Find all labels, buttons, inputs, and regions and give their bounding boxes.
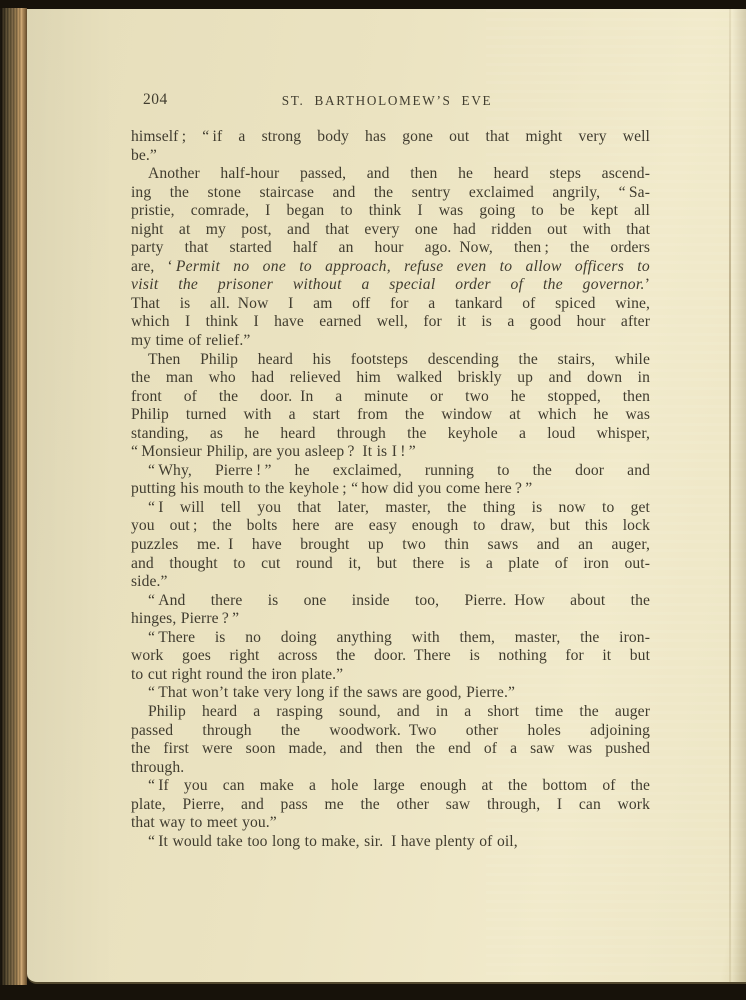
text-line: which I think I have earned well, for it… bbox=[131, 313, 650, 332]
text-line: party that started half an hour ago. Now… bbox=[131, 239, 650, 258]
text-line: “ It would take too long to make, sir. I… bbox=[131, 833, 650, 852]
text-line: “ There is no doing anything with them, … bbox=[131, 629, 650, 648]
paragraph: “ Why, Pierre ! ” he exclaimed, running … bbox=[131, 462, 650, 499]
text-segment: “ That won’t take very long if the saws … bbox=[148, 684, 515, 701]
text-segment: putting his mouth to the keyhole ; “ how… bbox=[131, 480, 532, 497]
text-segment: front of the door. In a minute or two he… bbox=[131, 388, 650, 405]
text-segment: be.” bbox=[131, 147, 157, 164]
text-line: standing, as he heard through the keyhol… bbox=[131, 425, 650, 444]
text-segment: standing, as he heard through the keyhol… bbox=[131, 425, 650, 442]
text-line: “ And there is one inside too, Pierre. H… bbox=[131, 592, 650, 611]
text-line: be.” bbox=[131, 147, 650, 166]
text-segment: hinges, Pierre ? ” bbox=[131, 610, 239, 627]
paragraph: Another half-hour passed, and then he he… bbox=[131, 165, 650, 350]
text-segment: work goes right across the door. There i… bbox=[131, 647, 650, 664]
text-line: side.” bbox=[131, 573, 650, 592]
text-segment: party that started half an hour ago. Now… bbox=[131, 239, 650, 256]
paragraph: himself ; “ if a strong body has gone ou… bbox=[131, 128, 650, 165]
paragraph: Then Philip heard his footsteps descendi… bbox=[131, 351, 650, 462]
italic-text-segment: Permit no one to approach, refuse even t… bbox=[176, 258, 650, 275]
text-line: that way to meet you.” bbox=[131, 814, 650, 833]
text-segment: the first were soon made, and then the e… bbox=[131, 740, 650, 757]
text-segment: passed through the woodwork. Two other h… bbox=[131, 722, 650, 739]
text-segment: through. bbox=[131, 759, 184, 776]
paragraph: “ If you can make a hole large enough at… bbox=[131, 777, 650, 833]
text-line: and thought to cut round it, but there i… bbox=[131, 555, 650, 574]
text-segment: night at my post, and that every one had… bbox=[131, 221, 650, 238]
text-line: “ If you can make a hole large enough at… bbox=[131, 777, 650, 796]
text-segment: to cut right round the iron plate.” bbox=[131, 666, 343, 683]
paragraph: “ And there is one inside too, Pierre. H… bbox=[131, 592, 650, 629]
text-line: my time of relief.” bbox=[131, 332, 650, 351]
text-line: “ I will tell you that later, master, th… bbox=[131, 499, 650, 518]
text-line: pristie, comrade, I began to think I was… bbox=[131, 202, 650, 221]
text-segment: “ And there is one inside too, Pierre. H… bbox=[148, 592, 650, 609]
text-line: Philip turned with a start from the wind… bbox=[131, 406, 650, 425]
text-line: “ That won’t take very long if the saws … bbox=[131, 684, 650, 703]
text-line: front of the door. In a minute or two he… bbox=[131, 388, 650, 407]
text-segment: and thought to cut round it, but there i… bbox=[131, 555, 650, 572]
text-line: himself ; “ if a strong body has gone ou… bbox=[131, 128, 650, 147]
text-line: Another half-hour passed, and then he he… bbox=[131, 165, 650, 184]
text-segment: Another half-hour passed, and then he he… bbox=[148, 165, 650, 182]
text-line: passed through the woodwork. Two other h… bbox=[131, 722, 650, 741]
text-segment: ing the stone staircase and the sentry e… bbox=[131, 184, 650, 201]
text-line: the first were soon made, and then the e… bbox=[131, 740, 650, 759]
page-crease bbox=[729, 9, 731, 982]
text-segment: Philip heard a rasping sound, and in a s… bbox=[148, 703, 650, 720]
text-segment: pristie, comrade, I began to think I was… bbox=[131, 202, 650, 219]
text-line: puzzles me. I have brought up two thin s… bbox=[131, 536, 650, 555]
text-segment: Then Philip heard his footsteps descendi… bbox=[148, 351, 650, 368]
text-segment: the man who had relieved him walked bris… bbox=[131, 369, 650, 386]
text-segment: “ I will tell you that later, master, th… bbox=[148, 499, 650, 516]
text-line: night at my post, and that every one had… bbox=[131, 221, 650, 240]
text-segment: side.” bbox=[131, 573, 168, 590]
text-segment: puzzles me. I have brought up two thin s… bbox=[131, 536, 650, 553]
text-line: visit the prisoner without a special ord… bbox=[131, 276, 650, 295]
paragraph: “ It would take too long to make, sir. I… bbox=[131, 833, 650, 852]
book-page-stack-edge bbox=[0, 8, 27, 985]
text-segment: “ Monsieur Philip, are you asleep ? It i… bbox=[131, 443, 416, 460]
text-segment: “ Why, Pierre ! ” he exclaimed, running … bbox=[148, 462, 650, 479]
text-segment: ’ bbox=[645, 276, 650, 293]
text-segment: that way to meet you.” bbox=[131, 814, 277, 831]
text-segment: you out ; the bolts here are easy enough… bbox=[131, 517, 650, 534]
text-line: “ Why, Pierre ! ” he exclaimed, running … bbox=[131, 462, 650, 481]
text-line: work goes right across the door. There i… bbox=[131, 647, 650, 666]
text-segment: Philip turned with a start from the wind… bbox=[131, 406, 650, 423]
text-segment: “ If you can make a hole large enough at… bbox=[148, 777, 650, 794]
paragraph: “ I will tell you that later, master, th… bbox=[131, 499, 650, 592]
text-line: Philip heard a rasping sound, and in a s… bbox=[131, 703, 650, 722]
text-segment: “ There is no doing anything with them, … bbox=[148, 629, 650, 646]
text-segment: himself ; “ if a strong body has gone ou… bbox=[131, 128, 650, 145]
text-line: plate, Pierre, and pass me the other saw… bbox=[131, 796, 650, 815]
text-line: to cut right round the iron plate.” bbox=[131, 666, 650, 685]
book-scan: { "page_header": { "folio": "204", "runn… bbox=[0, 0, 746, 1000]
page-header: 204 ST. BARTHOLOMEW’S EVE bbox=[131, 91, 649, 109]
paragraph: “ There is no doing anything with them, … bbox=[131, 629, 650, 685]
italic-text-segment: visit the prisoner without a special ord… bbox=[131, 276, 645, 293]
text-line: putting his mouth to the keyhole ; “ how… bbox=[131, 480, 650, 499]
text-line: “ Monsieur Philip, are you asleep ? It i… bbox=[131, 443, 650, 462]
text-line: ing the stone staircase and the sentry e… bbox=[131, 184, 650, 203]
page-fore-edge bbox=[732, 9, 746, 982]
text-segment: which I think I have earned well, for it… bbox=[131, 313, 650, 330]
text-line: hinges, Pierre ? ” bbox=[131, 610, 650, 629]
text-line: the man who had relieved him walked bris… bbox=[131, 369, 650, 388]
book-page: 204 ST. BARTHOLOMEW’S EVE himself ; “ if… bbox=[27, 9, 746, 984]
running-title: ST. BARTHOLOMEW’S EVE bbox=[131, 93, 643, 109]
text-segment: plate, Pierre, and pass me the other saw… bbox=[131, 796, 650, 813]
text-line: through. bbox=[131, 759, 650, 778]
paragraph: “ That won’t take very long if the saws … bbox=[131, 684, 650, 703]
text-line: are, ‘ Permit no one to approach, refuse… bbox=[131, 258, 650, 277]
text-segment: “ It would take too long to make, sir. I… bbox=[148, 833, 518, 850]
text-segment: are, ‘ bbox=[131, 258, 176, 275]
text-line: you out ; the bolts here are easy enough… bbox=[131, 517, 650, 536]
text-segment: That is all. Now I am off for a tankard … bbox=[131, 295, 650, 312]
text-block: himself ; “ if a strong body has gone ou… bbox=[131, 128, 650, 851]
text-line: That is all. Now I am off for a tankard … bbox=[131, 295, 650, 314]
paragraph: Philip heard a rasping sound, and in a s… bbox=[131, 703, 650, 777]
text-segment: my time of relief.” bbox=[131, 332, 250, 349]
text-line: Then Philip heard his footsteps descendi… bbox=[131, 351, 650, 370]
